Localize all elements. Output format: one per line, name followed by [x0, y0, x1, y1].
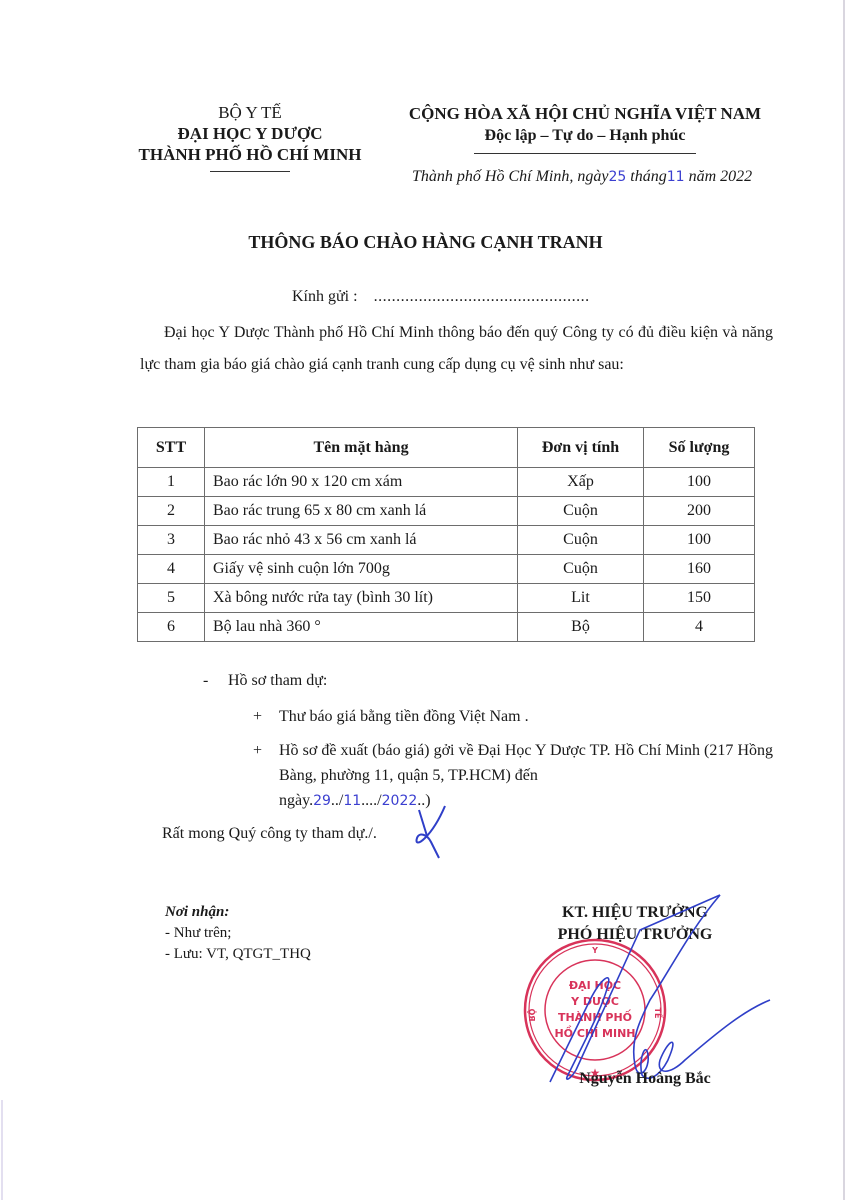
cell-stt: 6	[138, 613, 205, 642]
table-row: 2Bao rác trung 65 x 80 cm xanh láCuộn200	[138, 497, 755, 526]
cell-unit: Lit	[518, 584, 644, 613]
national-motto: Độc lập – Tự do – Hạnh phúc	[385, 125, 785, 147]
issuer-header: BỘ Y TẾ ĐẠI HỌC Y DƯỢC THÀNH PHỐ HỒ CHÍ …	[100, 103, 400, 172]
table-row: 5Xà bông nước rửa tay (bình 30 lít)Lit15…	[138, 584, 755, 613]
date-year: năm 2022	[689, 168, 753, 185]
col-quantity: Số lượng	[644, 428, 755, 468]
cell-stt: 3	[138, 526, 205, 555]
requirement-item: + Hồ sơ đề xuất (báo giá) gởi về Đại Học…	[253, 738, 773, 814]
cell-unit: Cuộn	[518, 555, 644, 584]
bullet-plus: +	[253, 704, 262, 729]
cell-quantity: 100	[644, 526, 755, 555]
cell-quantity: 200	[644, 497, 755, 526]
recipient-blank: ........................................…	[374, 288, 590, 305]
closing-line: Rất mong Quý công ty tham dự./.	[162, 825, 377, 843]
recipient-entry: - Như trên;	[165, 923, 311, 944]
table-row: 1Bao rác lớn 90 x 120 cm xámXấp100	[138, 468, 755, 497]
cell-unit: Cuộn	[518, 497, 644, 526]
cell-stt: 5	[138, 584, 205, 613]
date-month-handwritten: 11	[667, 169, 685, 185]
cell-item-name: Xà bông nước rửa tay (bình 30 lít)	[205, 584, 518, 613]
table-header-row: STT Tên mặt hàng Đơn vị tính Số lượng	[138, 428, 755, 468]
recipient-entry: - Lưu: VT, QTGT_THQ	[165, 944, 311, 965]
cell-quantity: 150	[644, 584, 755, 613]
handwritten-check-mark-icon	[405, 800, 455, 860]
bullet-plus: +	[253, 738, 262, 763]
deadline-day-handwritten: 29	[313, 793, 331, 809]
recipients-heading: Nơi nhận:	[165, 902, 311, 923]
header-divider	[210, 171, 290, 172]
table-row: 3Bao rác nhỏ 43 x 56 cm xanh láCuộn100	[138, 526, 755, 555]
document-date: Thành phố Hồ Chí Minh, ngày25 tháng11 nă…	[412, 168, 752, 186]
deadline-separator: ..../	[361, 792, 381, 809]
date-day-handwritten: 25	[608, 169, 626, 185]
submission-address: Hồ sơ đề xuất (báo giá) gởi về Đại Học Y…	[279, 738, 773, 788]
col-unit: Đơn vị tính	[518, 428, 644, 468]
cell-item-name: Bộ lau nhà 360 °	[205, 613, 518, 642]
requirements-heading: -Hồ sơ tham dự:	[203, 672, 327, 690]
intro-paragraph: Đại học Y Dược Thành phố Hồ Chí Minh thô…	[140, 317, 773, 381]
ministry-name: BỘ Y TẾ	[100, 103, 400, 123]
intro-text: Đại học Y Dược Thành phố Hồ Chí Minh thô…	[140, 324, 773, 373]
cell-unit: Bộ	[518, 613, 644, 642]
national-header: CỘNG HÒA XÃ HỘI CHỦ NGHĨA VIỆT NAM Độc l…	[385, 103, 785, 154]
cell-stt: 4	[138, 555, 205, 584]
items-table: STT Tên mặt hàng Đơn vị tính Số lượng 1B…	[137, 427, 755, 642]
requirement-item: + Thư báo giá bằng tiền đồng Việt Nam .	[253, 704, 773, 729]
cell-stt: 1	[138, 468, 205, 497]
cell-item-name: Bao rác trung 65 x 80 cm xanh lá	[205, 497, 518, 526]
deadline-separator: ../	[331, 792, 343, 809]
cell-quantity: 160	[644, 555, 755, 584]
document-title: THÔNG BÁO CHÀO HÀNG CẠNH TRANH	[0, 232, 851, 253]
cell-stt: 2	[138, 497, 205, 526]
col-stt: STT	[138, 428, 205, 468]
cell-item-name: Bao rác nhỏ 43 x 56 cm xanh lá	[205, 526, 518, 555]
deadline-line: ngày.29../11..../2022..)	[279, 788, 773, 814]
signer-name: Nguyễn Hoàng Bắc	[545, 1070, 745, 1088]
motto-divider	[474, 153, 696, 154]
handwritten-signature-icon	[520, 890, 780, 1090]
recipient-line: Kính gửi :..............................…	[292, 288, 590, 306]
date-prefix: Thành phố Hồ Chí Minh, ngày	[412, 168, 608, 185]
bullet-dash: -	[203, 672, 228, 690]
cell-item-name: Giấy vệ sinh cuộn lớn 700g	[205, 555, 518, 584]
country-name: CỘNG HÒA XÃ HỘI CHỦ NGHĨA VIỆT NAM	[385, 103, 785, 125]
table-row: 6Bộ lau nhà 360 °Bộ4	[138, 613, 755, 642]
requirement-text: Hồ sơ đề xuất (báo giá) gởi về Đại Học Y…	[279, 738, 773, 814]
deadline-month-handwritten: 11	[343, 793, 361, 809]
cell-quantity: 100	[644, 468, 755, 497]
requirements-heading-text: Hồ sơ tham dự:	[228, 672, 327, 689]
university-name: ĐẠI HỌC Y DƯỢC	[100, 123, 400, 144]
date-month-label: tháng	[630, 168, 666, 185]
requirement-text: Thư báo giá bằng tiền đồng Việt Nam .	[279, 704, 773, 729]
cell-item-name: Bao rác lớn 90 x 120 cm xám	[205, 468, 518, 497]
recipients-block: Nơi nhận: - Như trên; - Lưu: VT, QTGT_TH…	[165, 902, 311, 965]
cell-unit: Xấp	[518, 468, 644, 497]
deadline-prefix: ngày.	[279, 792, 313, 809]
page-edge	[843, 0, 845, 1200]
table-row: 4Giấy vệ sinh cuộn lớn 700gCuộn160	[138, 555, 755, 584]
recipient-label: Kính gửi :	[292, 288, 358, 305]
col-item-name: Tên mặt hàng	[205, 428, 518, 468]
page-edge	[1, 1100, 3, 1200]
cell-unit: Cuộn	[518, 526, 644, 555]
university-city: THÀNH PHỐ HỒ CHÍ MINH	[100, 144, 400, 165]
cell-quantity: 4	[644, 613, 755, 642]
